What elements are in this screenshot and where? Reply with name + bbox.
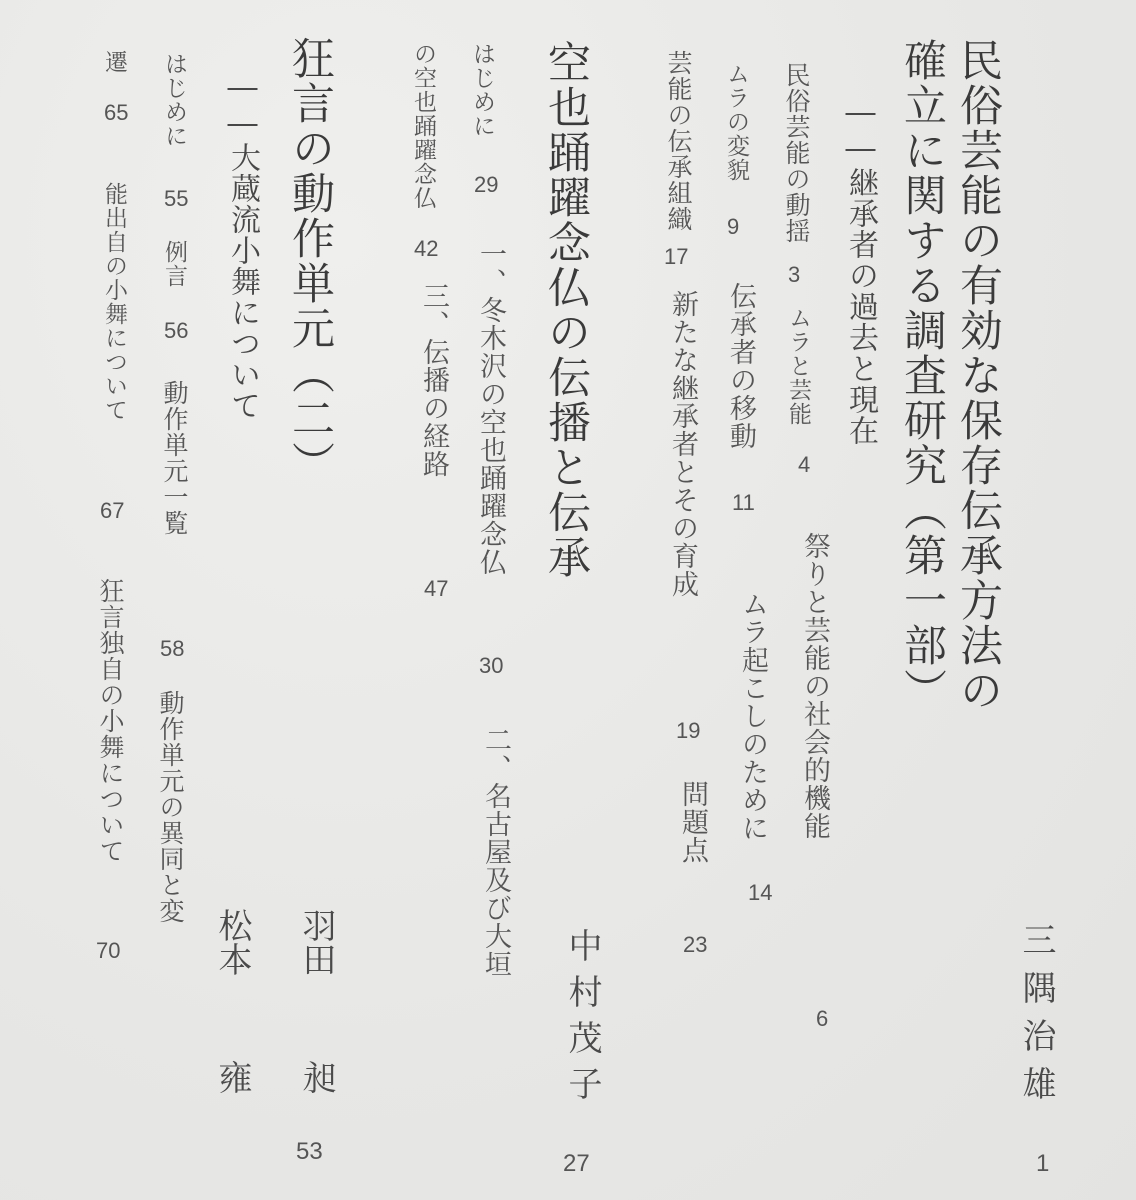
toc-item-label: 新たな継承者とその育成 [663,290,702,598]
toc-item-label: はじめに [466,42,499,138]
toc-item-label: 伝承者の移動 [721,282,760,450]
article-3-page: 53 [296,1138,323,1166]
toc-item-page: 17 [664,244,688,270]
toc-item-page: 3 [788,262,800,288]
article-3-author-1-given: 昶 [292,1060,341,1094]
article-2-page: 27 [563,1150,590,1178]
toc-item-label: 祭りと芸能の社会的機能 [795,532,834,840]
article-3-author-1-surname: 羽田 [292,908,341,976]
article-1-page: 1 [1036,1150,1049,1178]
toc-item-label: 能出自の小舞について [98,182,131,422]
toc-item-page: 55 [164,186,188,212]
toc-item-page: 11 [732,490,755,516]
toc-item-page: 30 [479,653,503,679]
toc-item-page: 6 [816,1006,828,1032]
toc-item-label: はじめに [158,52,191,148]
article-2-title: 空也踊躍念仏の伝播と伝承 [536,40,597,580]
toc-item-label: 動作単元の異同と変 [152,690,188,924]
toc-item-page: 42 [414,236,438,262]
toc-item-page: 58 [160,636,184,662]
toc-item-page: 29 [474,172,498,198]
article-3-title: 狂言の動作単元（二） [280,36,341,486]
toc-item-page: 56 [164,318,188,344]
toc-item-page: 19 [676,718,700,744]
toc-item-page: 4 [798,452,810,478]
toc-item-label: 遷 [98,50,131,74]
toc-item-label: 民俗芸能の動揺 [778,62,814,244]
toc-item-label: 狂言独自の小舞について [92,578,128,864]
toc-item-label: ムラと芸能 [782,306,815,426]
toc-item-label: の空也踊躍念仏 [407,42,440,210]
article-3-author-2-given: 雍 [208,1060,257,1094]
article-1-subtitle: ――継承者の過去と現在 [838,95,882,446]
toc-item-label: ムラ起こしのために [733,590,772,842]
article-2-author: 中村茂子 [558,928,607,1112]
toc-item-label: 芸能の伝承組織 [660,50,696,232]
toc-item-page: 65 [104,100,128,126]
toc-item-page: 70 [96,938,120,964]
toc-item-page: 47 [424,576,448,602]
toc-item-label: 問題点 [673,780,712,864]
toc-item-page: 23 [683,932,707,958]
toc-item-page: 9 [727,214,739,240]
article-3-subtitle: ――大蔵流小舞について [220,70,264,421]
toc-item-label: 例言 [158,240,191,288]
toc-item-label: 二、名古屋及び大垣 [476,726,515,978]
toc-item-label: 一、冬木沢の空也踊躍念仏 [471,240,510,576]
toc-item-label: ムラの変貌 [720,62,753,182]
article-1-title-line-1: 民俗芸能の有効な保存伝承方法の [948,38,1009,713]
toc-item-label: 三、伝播の経路 [414,282,453,478]
toc-item-page: 67 [100,498,124,524]
article-3-author-2-surname: 松本 [208,908,257,976]
toc-item-page: 14 [748,880,772,906]
article-1-author: 三隅治雄 [1012,922,1061,1114]
article-1-title-line-2: 確立に関する調査研究（第一部） [892,38,953,713]
toc-item-label: 動作単元一覧 [156,380,192,536]
